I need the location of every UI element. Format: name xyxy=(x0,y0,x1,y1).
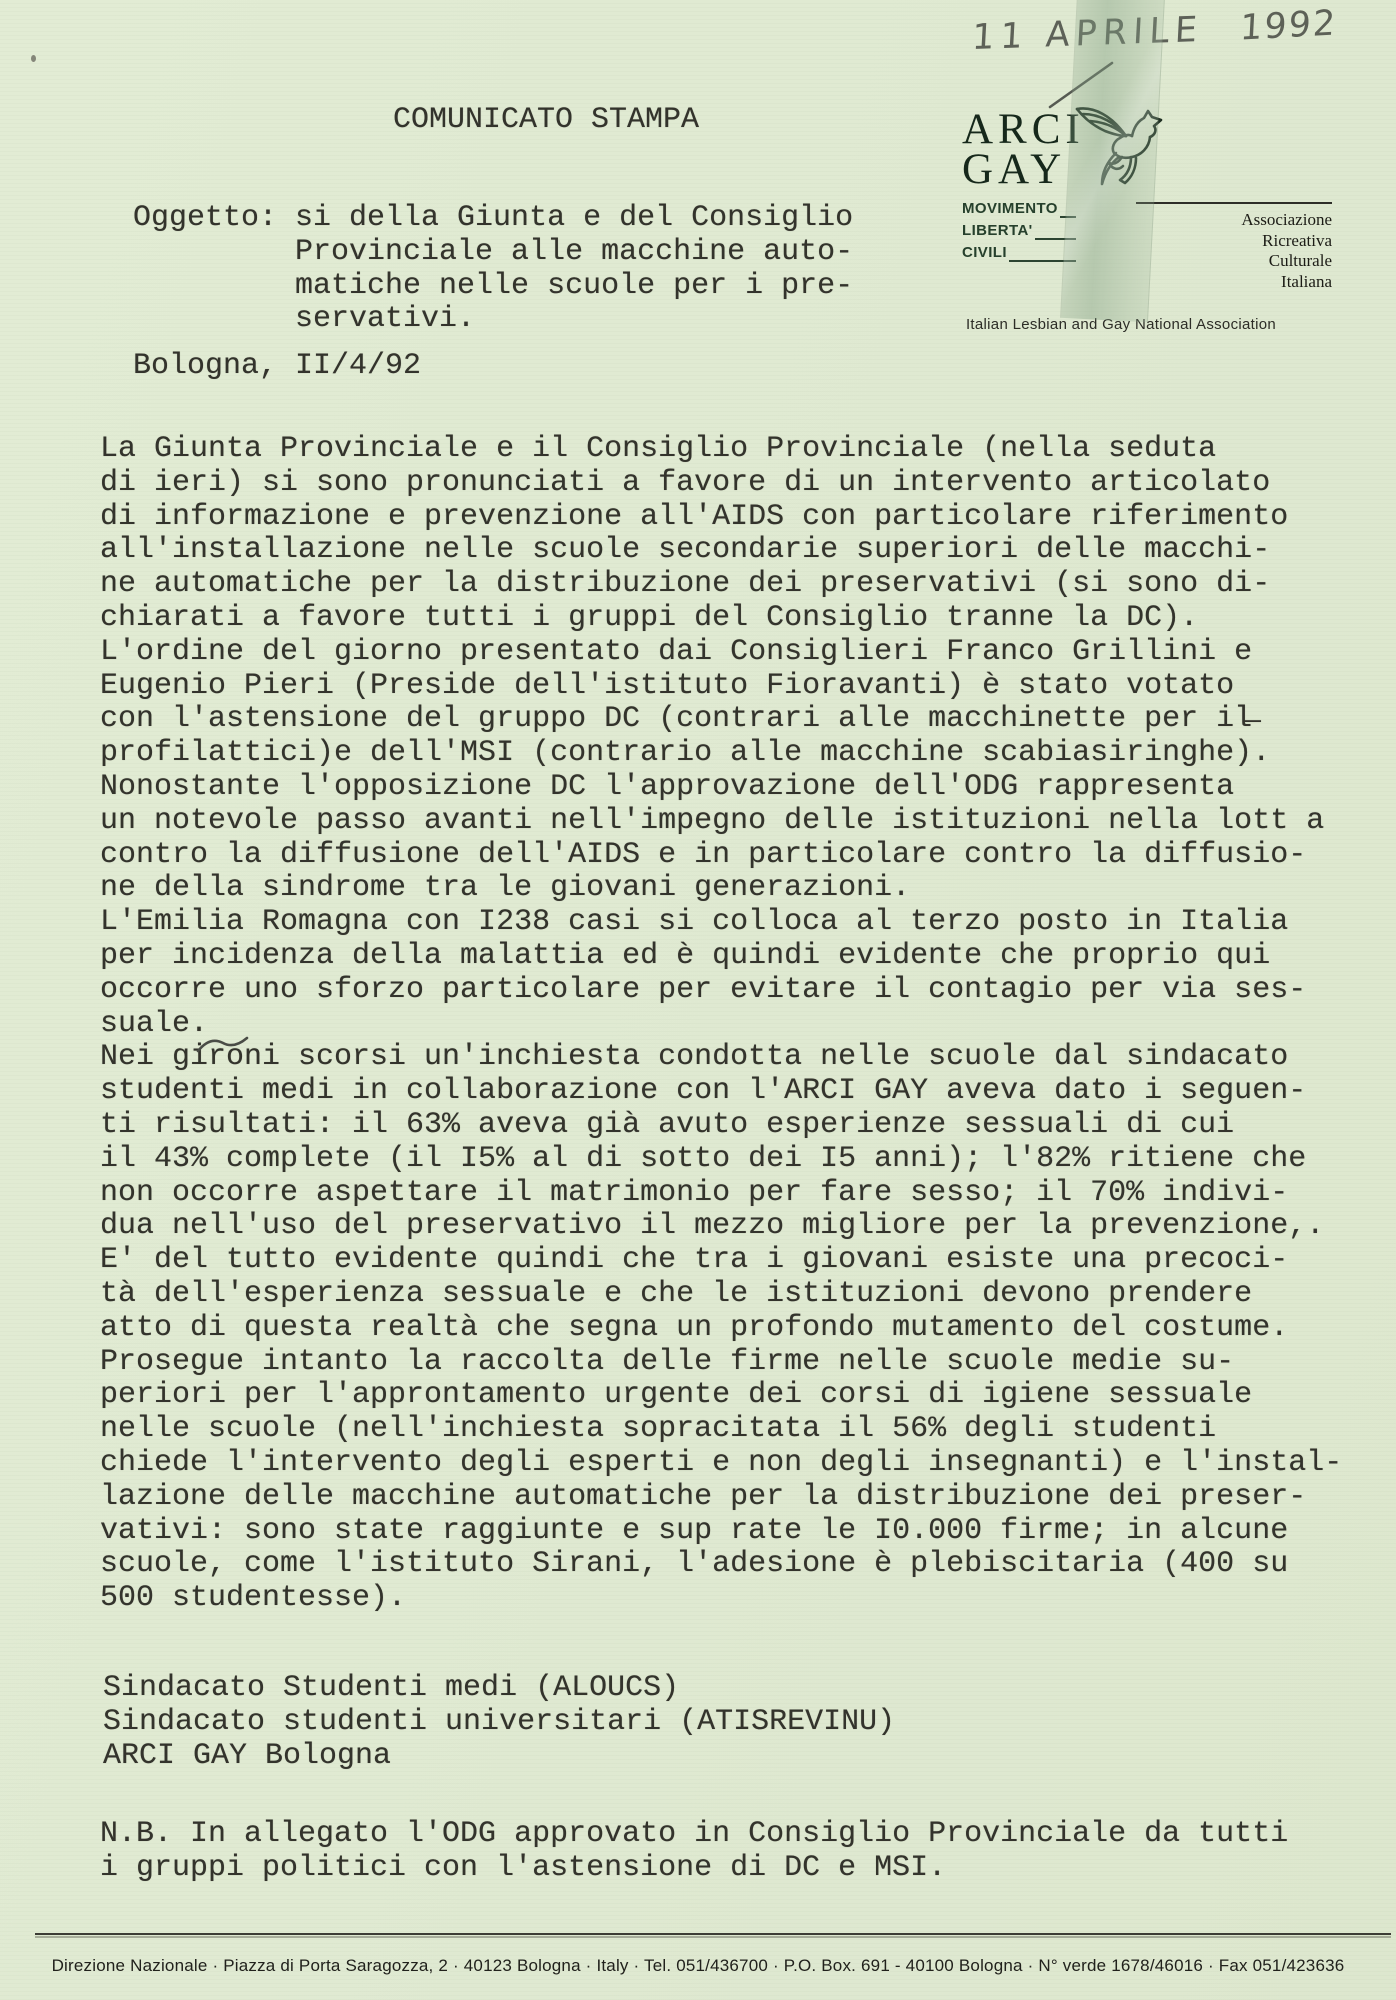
handwritten-year: 1992 xyxy=(1239,3,1338,48)
logo-org-line1: ARCI xyxy=(962,110,1085,150)
body-text: La Giunta Provinciale e il Consiglio Pro… xyxy=(100,433,1342,1616)
signature-block: Sindacato Studenti medi (ALOUCS) Sindaca… xyxy=(103,1672,895,1773)
logo-org-name: ARCI GAY xyxy=(962,110,1085,190)
nota-bene-block: N.B. In allegato l'ODG approvato in Cons… xyxy=(100,1818,1288,1886)
page-title: COMUNICATO STAMPA xyxy=(393,104,699,138)
footer-address-line: Direzione Nazionale · Piazza di Porta Sa… xyxy=(0,1956,1396,1976)
movement-row: MOVIMENTO xyxy=(962,196,1076,218)
movement-label-civili: CIVILI xyxy=(962,244,1007,262)
logo-movement-block: MOVIMENTO LIBERTA' CIVILI xyxy=(962,196,1076,262)
scan-speck xyxy=(31,55,36,62)
dateline: Bologna, II/4/92 xyxy=(133,350,421,384)
tape-strip xyxy=(1060,0,1165,322)
association-rule xyxy=(1136,202,1332,204)
association-name-block: Associazione Ricreativa Culturale Italia… xyxy=(1160,210,1332,292)
footer-rule xyxy=(35,1933,1391,1935)
movement-row: LIBERTA' xyxy=(962,218,1076,240)
scanned-press-release-page: COMUNICATO STAMPA Oggetto: si della Giun… xyxy=(0,0,1396,2000)
movement-label-movimento: MOVIMENTO xyxy=(962,200,1058,218)
movement-label-liberta: LIBERTA' xyxy=(962,222,1033,240)
movement-row: CIVILI xyxy=(962,240,1076,262)
subject-block: Oggetto: si della Giunta e del Consiglio… xyxy=(133,202,853,337)
handwritten-caret-mark xyxy=(196,1034,250,1056)
